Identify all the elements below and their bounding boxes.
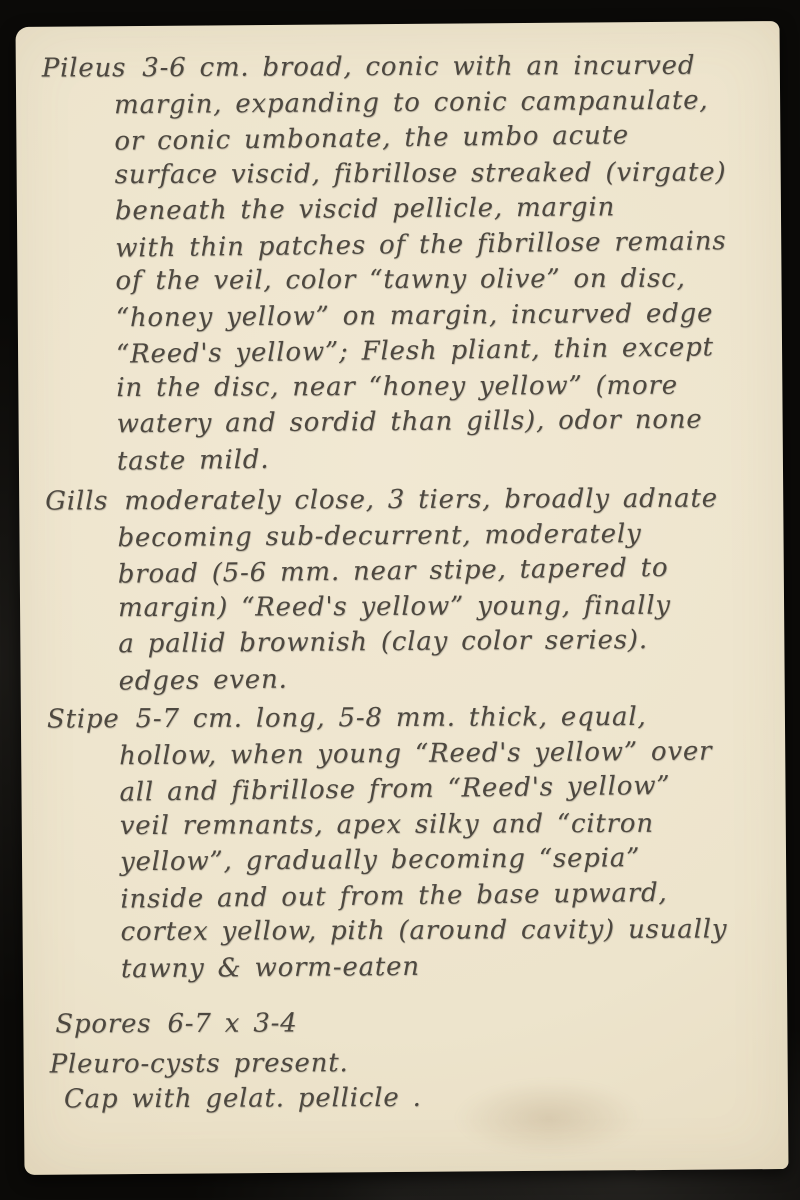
note-line: a pallid brownish (clay color series). — [118, 622, 770, 663]
note-line: with thin patches of the fibrillose rema… — [115, 223, 767, 266]
note-line: beneath the viscid pellicle, margin — [115, 189, 767, 230]
note-line: edges even. — [118, 656, 770, 699]
note-line: Spores6-7 x 3-4 — [55, 1004, 773, 1043]
note-line: tawny & worm-eaten — [121, 947, 773, 988]
note-line: broad (5-6 mm. near stipe, tapered to — [118, 550, 770, 593]
spore-measurement: 6-7 x 3-4 — [167, 1008, 297, 1039]
note-line-text: 5-7 cm. long, 5-8 mm. thick, equal, — [135, 702, 646, 734]
section-pileus: Pileus3-6 cm. broad, conic with an incur… — [42, 47, 769, 479]
section-label-spores: Spores — [55, 1009, 151, 1039]
section-label-pileus: Pileus — [42, 53, 127, 83]
note-line: cortex yellow, pith (around cavity) usua… — [121, 912, 773, 950]
note-line: yellow”, gradually becoming “sepia” — [120, 840, 772, 881]
note-line: Cap with gelat. pellicle . — [64, 1079, 774, 1118]
note-card: Pileus3-6 cm. broad, conic with an incur… — [16, 21, 789, 1175]
note-line: veil remnants, apex silky and “citron — [120, 806, 772, 844]
photo-background: Pileus3-6 cm. broad, conic with an incur… — [0, 0, 800, 1200]
handwritten-note: Pileus3-6 cm. broad, conic with an incur… — [42, 47, 774, 1119]
note-line: Pleuro-cysts present. — [50, 1044, 774, 1083]
paper-smudge — [454, 1078, 645, 1157]
section-spores: Spores6-7 x 3-4 — [55, 1003, 773, 1044]
note-line: taste mild. — [117, 436, 769, 479]
note-line: inside and out from the base upward, — [120, 874, 772, 917]
section-cap-pellicle: Cap with gelat. pellicle . — [64, 1078, 774, 1119]
note-line-text: moderately close, 3 tiers, broadly adnat… — [124, 484, 718, 517]
note-line: of the veil, color “tawny olive” on disc… — [115, 261, 767, 299]
note-line: Gillsmoderately close, 3 tiers, broadly … — [45, 481, 769, 520]
note-line: Stipe5-7 cm. long, 5-8 mm. thick, equal, — [47, 699, 771, 738]
note-line: or conic umbonate, the umbo acute — [114, 117, 766, 160]
note-line: Pileus3-6 cm. broad, conic with an incur… — [42, 48, 766, 87]
note-line: “Reed's yellow”; Flesh pliant, thin exce… — [116, 330, 768, 373]
note-line: watery and sordid than gills), odor none — [116, 402, 768, 443]
note-line: surface viscid, fibrillose streaked (vir… — [115, 155, 767, 193]
section-stipe: Stipe5-7 cm. long, 5-8 mm. thick, equal,… — [47, 698, 773, 988]
note-line: in the disc, near “honey yellow” (more — [116, 368, 768, 406]
note-line: margin) “Reed's yellow” young, finally — [118, 588, 770, 626]
section-label-gills: Gills — [45, 486, 108, 516]
note-line: all and fibrillose from “Reed's yellow” — [119, 768, 771, 811]
section-label-stipe: Stipe — [47, 704, 120, 734]
section-gills: Gillsmoderately close, 3 tiers, broadly … — [45, 480, 771, 699]
note-line-text: 3-6 cm. broad, conic with an incurved — [142, 51, 695, 83]
section-pleurocystidia: Pleuro-cysts present. — [50, 1043, 774, 1084]
